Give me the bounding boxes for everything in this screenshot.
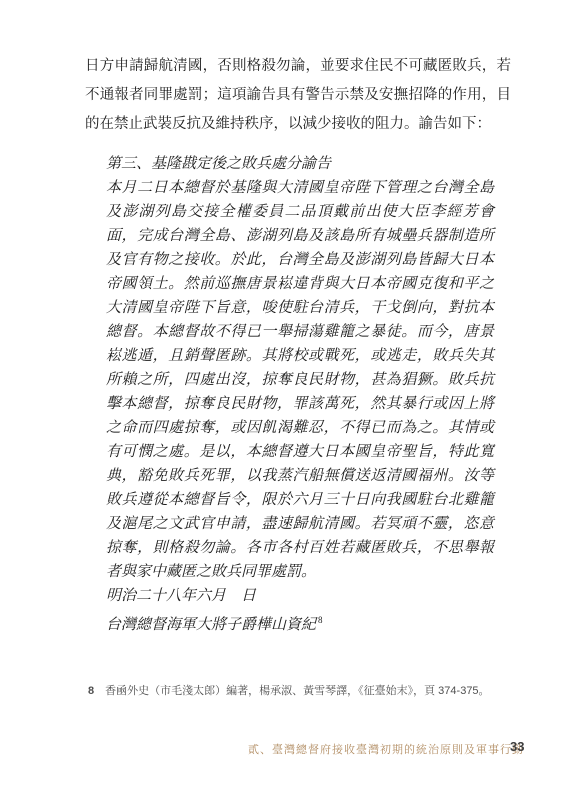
page-footer: 貳、臺灣總督府接收臺灣初期的統治原則及軍事行動 33 <box>0 739 570 755</box>
main-text-block: 日方申請歸航清國，否則格殺勿論，並要求住民不可藏匿敗兵，若不通報者同罪處罰；這項… <box>85 52 511 637</box>
page-number: 33 <box>510 739 524 754</box>
quote-heading: 第三、基隆戡定後之敗兵處分諭告 <box>106 152 494 176</box>
book-page: 日方申請歸航清國，否則格殺勿論，並要求住民不可藏匿敗兵，若不通報者同罪處罰；這項… <box>0 0 570 800</box>
quote-date-line: 明治二十八年六月 日 <box>106 584 494 608</box>
intro-paragraph: 日方申請歸航清國，否則格殺勿論，並要求住民不可藏匿敗兵，若不通報者同罪處罰；這項… <box>85 52 511 139</box>
running-footer-chapter-title: 貳、臺灣總督府接收臺灣初期的統治原則及軍事行動 <box>248 741 524 757</box>
proclamation-quote-block: 第三、基隆戡定後之敗兵處分諭告 本月二日本總督於基隆與大清國皇帝陛下管理之台灣全… <box>106 152 494 637</box>
footnote: 8 香凾外史（市毛淺太郎）編著，楊承淑、黃雪琴譯，《征臺始末》，頁 374-37… <box>88 684 512 699</box>
footnote-text: 香凾外史（市毛淺太郎）編著，楊承淑、黃雪琴譯，《征臺始末》，頁 374-375。 <box>105 684 512 699</box>
quote-body: 本月二日本總督於基隆與大清國皇帝陛下管理之台灣全島及澎湖列島交接全權委員二品頂戴… <box>106 176 494 584</box>
footnote-marker: 8 <box>88 684 94 699</box>
footnote-reference-superscript: 8 <box>318 615 323 625</box>
quote-signature-line: 台灣總督海軍大將子爵樺山資紀8 <box>106 608 494 637</box>
signature-text: 台灣總督海軍大將子爵樺山資紀 <box>106 617 316 633</box>
